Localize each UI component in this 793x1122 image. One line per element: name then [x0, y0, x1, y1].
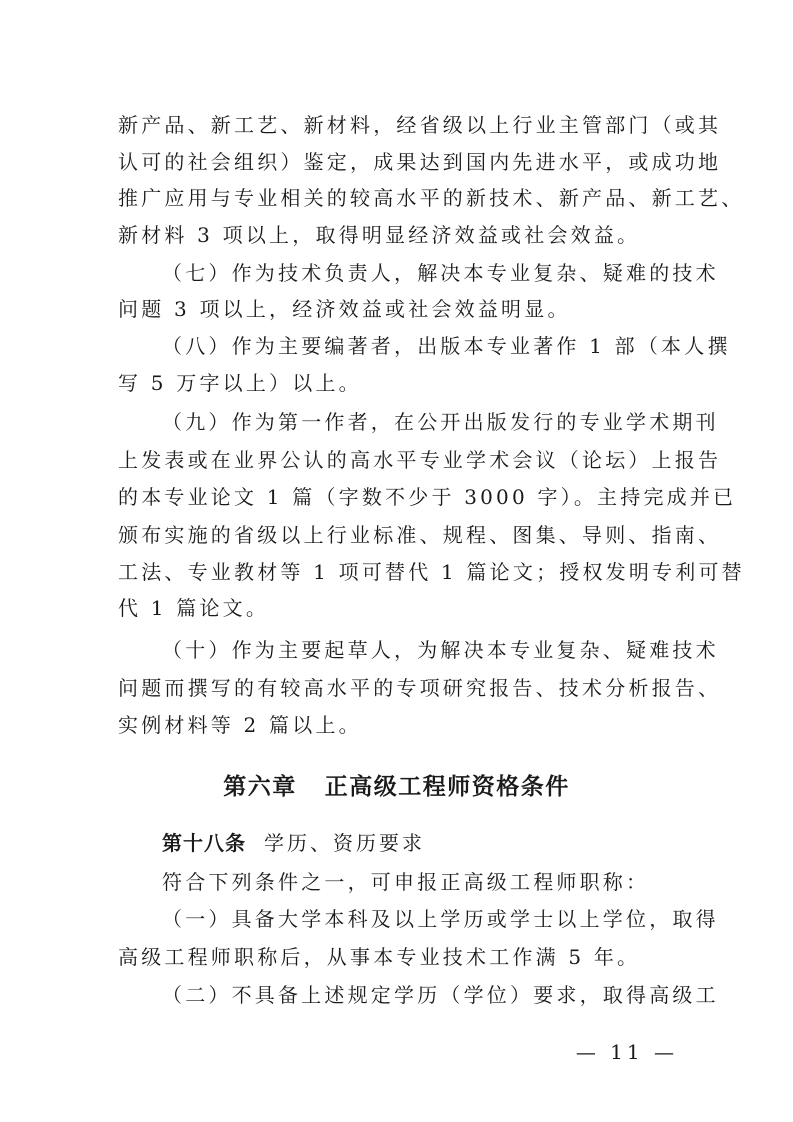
paragraph-line: 符合下列条件之一，可申报正高级工程师职称： — [162, 870, 682, 894]
paragraph-line: 的本专业论文 1 篇（字数不少于 3000 字）。主持完成并已 — [118, 485, 678, 509]
article-title: 学历、资历要求 — [264, 831, 425, 855]
paragraph-item-2: （二）不具备上述规定学历（学位）要求，取得高级工 — [162, 983, 682, 1007]
paragraph-line: 工法、专业教材等 1 项可替代 1 篇论文；授权发明专利可替 — [118, 560, 678, 584]
paragraph-item-1: （一）具备大学本科及以上学历或学士以上学位，取得 — [162, 907, 682, 931]
paragraph-line: 推广应用与专业相关的较高水平的新技术、新产品、新工艺、 — [118, 186, 678, 210]
paragraph-line: 写 5 万字以上）以上。 — [118, 371, 678, 395]
paragraph-item-7: （七）作为技术负责人，解决本专业复杂、疑难的技术 — [162, 261, 682, 285]
paragraph-line: 上发表或在业界公认的高水平专业学术会议（论坛）上报告 — [118, 448, 678, 472]
paragraph-item-9: （九）作为第一作者，在公开出版发行的专业学术期刊 — [162, 410, 682, 434]
paragraph-line: 问题 3 项以上，经济效益或社会效益明显。 — [118, 297, 678, 321]
article-number: 第十八条 — [162, 831, 246, 855]
paragraph-line: 问题而撰写的有较高水平的专项研究报告、技术分析报告、 — [118, 676, 678, 700]
paragraph-line: 新材料 3 项以上，取得明显经济效益或社会效益。 — [118, 223, 678, 247]
paragraph-line: 实例材料等 2 篇以上。 — [118, 713, 678, 737]
chapter-heading: 第六章正高级工程师资格条件 — [0, 768, 793, 801]
chapter-number: 第六章 — [223, 774, 297, 800]
paragraph-line: 认可的社会组织）鉴定，成果达到国内先进水平，或成功地 — [118, 150, 678, 174]
paragraph-line: 高级工程师职称后，从事本专业技术工作满 5 年。 — [118, 945, 678, 969]
page-number: — 11 — — [576, 1040, 678, 1064]
chapter-title: 正高级工程师资格条件 — [325, 774, 570, 800]
paragraph-line: 新产品、新工艺、新材料，经省级以上行业主管部门（或其 — [118, 113, 678, 137]
paragraph-line: 颁布实施的省级以上行业标准、规程、图集、导则、指南、 — [118, 523, 678, 547]
paragraph-line: 代 1 篇论文。 — [118, 596, 678, 620]
paragraph-item-8: （八）作为主要编著者，出版本专业著作 1 部（本人撰 — [162, 334, 682, 358]
article-heading: 第十八条学历、资历要求 — [162, 831, 425, 855]
paragraph-item-10: （十）作为主要起草人，为解决本专业复杂、疑难技术 — [162, 638, 682, 662]
